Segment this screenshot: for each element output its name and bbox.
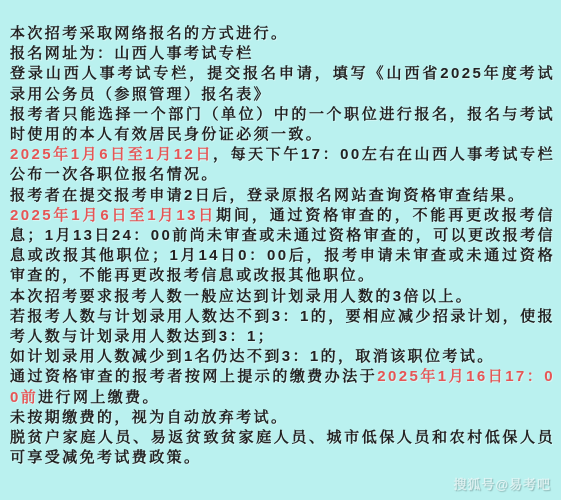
paragraph: 未按期缴费的，视为自动放弃考试。: [10, 408, 555, 428]
paragraph: 如计划录用人数减少到1名仍达不到3：1的，取消该职位考试。: [10, 347, 555, 367]
paragraph: 本次招考要求报考人数一般应达到计划录用人数的3倍以上。: [10, 287, 555, 307]
text-segment: 若报考人数与计划录用人数达不到3：1的，要相应减少招录计划，使报考人数与计划录用…: [10, 308, 555, 345]
text-segment: 本次招考采取网络报名的方式进行。: [10, 25, 288, 42]
paragraph: 报考者只能选择一个部门（单位）中的一个职位进行报名，报名与考试时使用的本人有效居…: [10, 105, 555, 145]
text-segment: 登录山西人事考试专栏，提交报名申请，填写《山西省2025年度考试录用公务员（参照…: [10, 65, 555, 102]
text-segment: 本次招考要求报考人数一般应达到计划录用人数的3倍以上。: [10, 288, 473, 305]
text-segment: 未按期缴费的，视为自动放弃考试。: [10, 409, 288, 426]
notice-page: 本次招考采取网络报名的方式进行。报名网址为：山西人事考试专栏登录山西人事考试专栏…: [0, 0, 561, 500]
highlighted-date-text: 2025年1月6日至1月12日: [10, 146, 213, 163]
paragraph: 本次招考采取网络报名的方式进行。: [10, 24, 555, 44]
paragraph: 2025年1月6日至1月12日，每天下午17：00左右在山西人事考试专栏公布一次…: [10, 145, 555, 185]
paragraph: 若报考人数与计划录用人数达不到3：1的，要相应减少招录计划，使报考人数与计划录用…: [10, 307, 555, 347]
notice-text: 本次招考采取网络报名的方式进行。报名网址为：山西人事考试专栏登录山西人事考试专栏…: [10, 24, 555, 468]
paragraph: 2025年1月6日至1月13日期间，通过资格审查的，不能再更改报考信息；1月13…: [10, 206, 555, 287]
paragraph: 报考者在提交报考申请2日后，登录原报名网站查询资格审查结果。: [10, 186, 555, 206]
text-segment: 报考者在提交报考申请2日后，登录原报名网站查询资格审查结果。: [10, 187, 525, 204]
text-segment: 脱贫户家庭人员、易返贫致贫家庭人员、城市低保人员和农村低保人员可享受减免考试费政…: [10, 429, 555, 466]
paragraph: 通过资格审查的报考者按网上提示的缴费办法于2025年1月16日17：00前进行网…: [10, 367, 555, 407]
text-segment: 报名网址为：山西人事考试专栏: [10, 45, 254, 62]
paragraph: 脱贫户家庭人员、易返贫致贫家庭人员、城市低保人员和农村低保人员可享受减免考试费政…: [10, 428, 555, 468]
highlighted-date-text: 2025年1月6日至1月13日: [10, 207, 216, 224]
text-segment: 如计划录用人数减少到1名仍达不到3：1的，取消该职位考试。: [10, 348, 495, 365]
paragraph: 报名网址为：山西人事考试专栏: [10, 44, 555, 64]
watermark: 搜狐号@易考吧: [453, 474, 551, 493]
text-segment: 通过资格审查的报考者按网上提示的缴费办法于: [10, 368, 377, 385]
text-segment: 进行网上缴费。: [38, 389, 160, 406]
text-segment: 报考者只能选择一个部门（单位）中的一个职位进行报名，报名与考试时使用的本人有效居…: [10, 106, 555, 143]
paragraph: 登录山西人事考试专栏，提交报名申请，填写《山西省2025年度考试录用公务员（参照…: [10, 64, 555, 104]
